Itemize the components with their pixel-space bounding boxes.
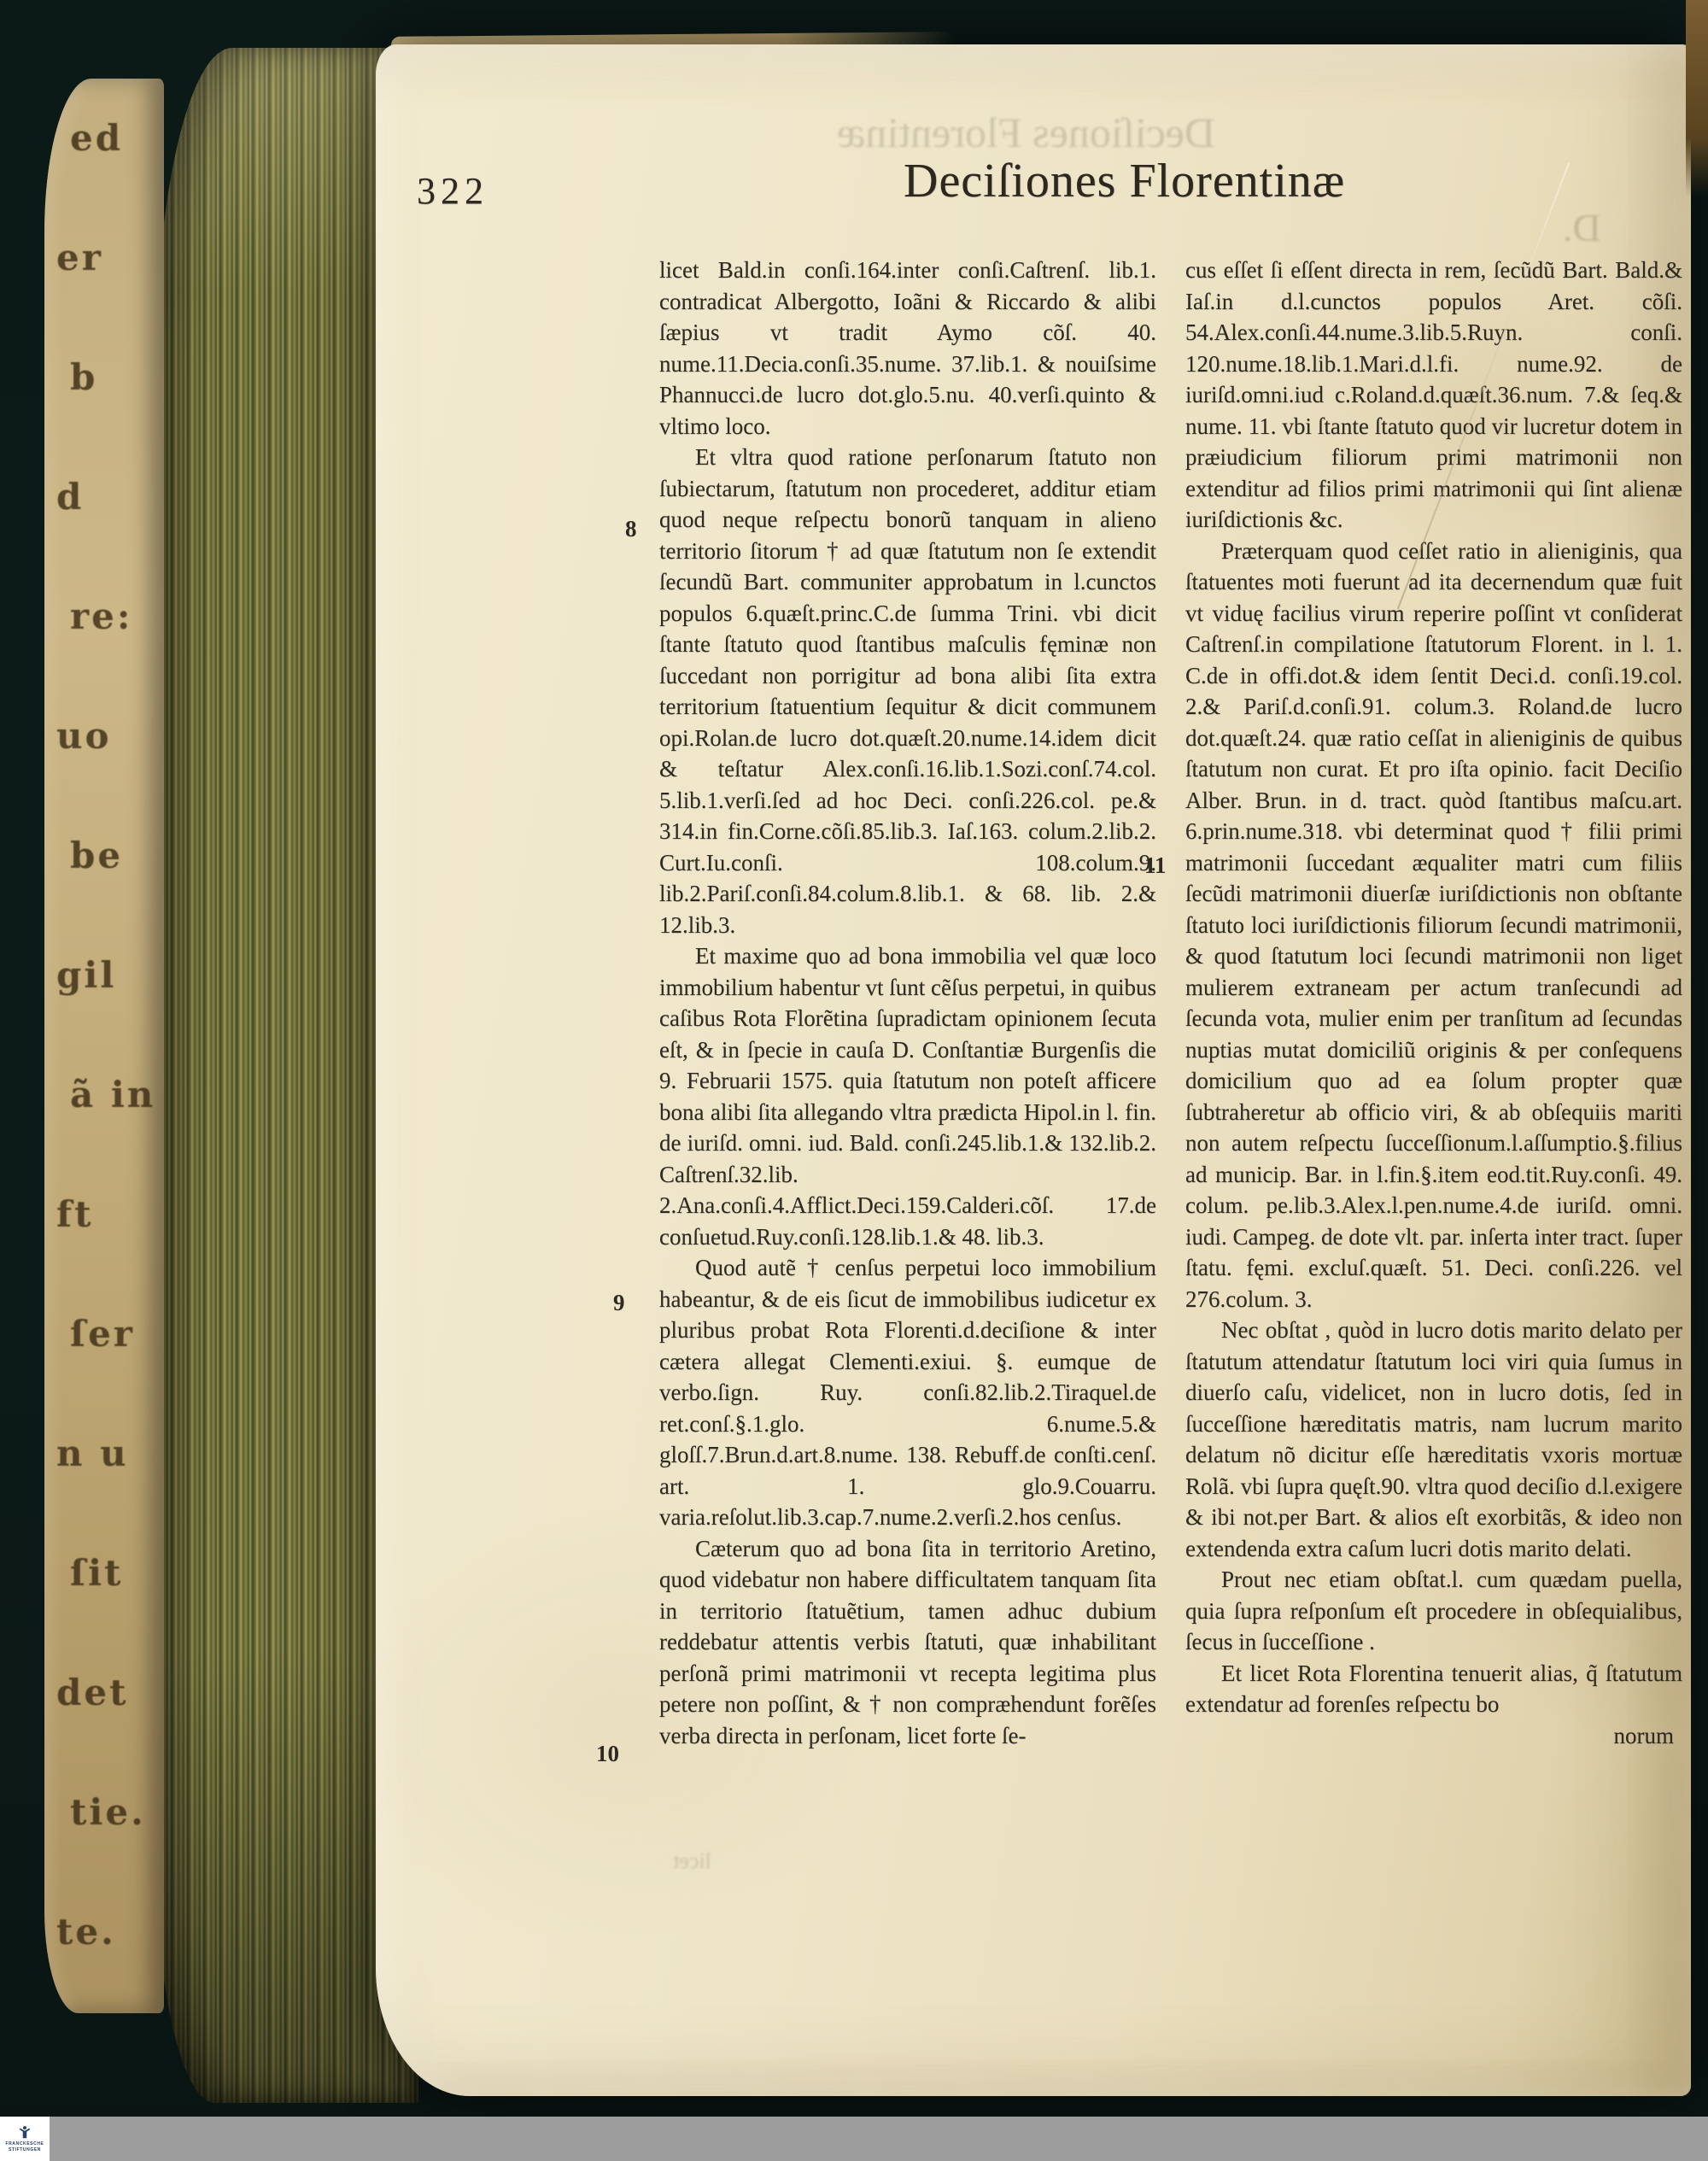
manuscript-fragment: d — [44, 437, 164, 557]
watermark-line1: FRANCKESCHE — [6, 2141, 44, 2146]
running-title: Deciſiones Florentinæ — [904, 154, 1345, 208]
manuscript-fragment: ſer — [44, 1274, 164, 1394]
showthrough-header-text: Deciſiones Florentinæ — [837, 108, 1215, 157]
scanner-strip: FRANCKESCHE STIFTUNGEN — [0, 2117, 1708, 2161]
showthrough-text: D. — [1563, 205, 1601, 250]
manuscript-fragment: b — [44, 318, 164, 437]
manuscript-fragment: te. — [44, 1872, 164, 1992]
manuscript-fragment: be — [44, 796, 164, 916]
paragraph: licet Bald.in conſi.164.inter conſi.Caſt… — [659, 255, 1156, 442]
paragraph: Nec obſtat , quòd in lucro dotis marito … — [1185, 1315, 1682, 1564]
margin-number-8: 8 — [625, 516, 637, 542]
margin-number-9: 9 — [613, 1290, 625, 1316]
paragraph: Et licet Rota Florentina tenuerit alias,… — [1185, 1658, 1682, 1720]
manuscript-fragment: uo — [44, 676, 164, 796]
paragraph: Et vltra quod ratione perſonarum ſtatuto… — [659, 442, 1156, 940]
paragraph: Quod autẽ † cenſus perpetui loco immobil… — [659, 1252, 1156, 1533]
franckesche-stiftungen-logo-icon — [17, 2125, 32, 2141]
manuscript-fragment: det — [44, 1633, 164, 1753]
book-scan: ed er b d re: uo be gil ã in ft ſer n u … — [0, 0, 1708, 2161]
right-text-column: cus eſſet ſi eſſent directa in rem, ſecũ… — [1185, 255, 1682, 1751]
left-text-column: licet Bald.in conſi.164.inter conſi.Caſt… — [659, 255, 1156, 1751]
manuscript-binding-strip: ed er b d re: uo be gil ã in ft ſer n u … — [44, 79, 164, 2013]
paragraph: cus eſſet ſi eſſent directa in rem, ſecũ… — [1185, 255, 1682, 536]
page-number: 322 — [417, 169, 488, 213]
watermark-line2: STIFTUNGEN — [9, 2147, 41, 2152]
manuscript-fragment: tie. — [44, 1753, 164, 1872]
paragraph: Prout nec etiam obſtat.l. cum quædam pue… — [1185, 1564, 1682, 1658]
manuscript-fragment: gil — [44, 916, 164, 1035]
cover-edge — [1686, 0, 1708, 196]
catchword: norum — [1185, 1720, 1682, 1752]
paragraph: Et maxime quo ad bona immobilia vel quæ … — [659, 940, 1156, 1252]
manuscript-fragment: n u — [44, 1394, 164, 1514]
manuscript-fragment: ã in — [44, 1035, 164, 1155]
manuscript-fragment: ſit — [44, 1514, 164, 1633]
margin-number-10: 10 — [596, 1741, 619, 1767]
paragraph: Cæterum quo ad bona ſita in territorio A… — [659, 1533, 1156, 1752]
manuscript-fragment: er — [44, 198, 164, 318]
manuscript-fragment: ed — [44, 79, 164, 198]
manuscript-fragment: ft — [44, 1155, 164, 1274]
showthrough-text: licet — [673, 1848, 711, 1874]
paragraph: Præterquam quod ceſſet ratio in alienigi… — [1185, 536, 1682, 1315]
manuscript-fragment: re: — [44, 557, 164, 676]
library-watermark: FRANCKESCHE STIFTUNGEN — [0, 2117, 50, 2161]
book-page: Deciſiones Florentinæ D. licet 322 Deciſ… — [376, 44, 1691, 2096]
